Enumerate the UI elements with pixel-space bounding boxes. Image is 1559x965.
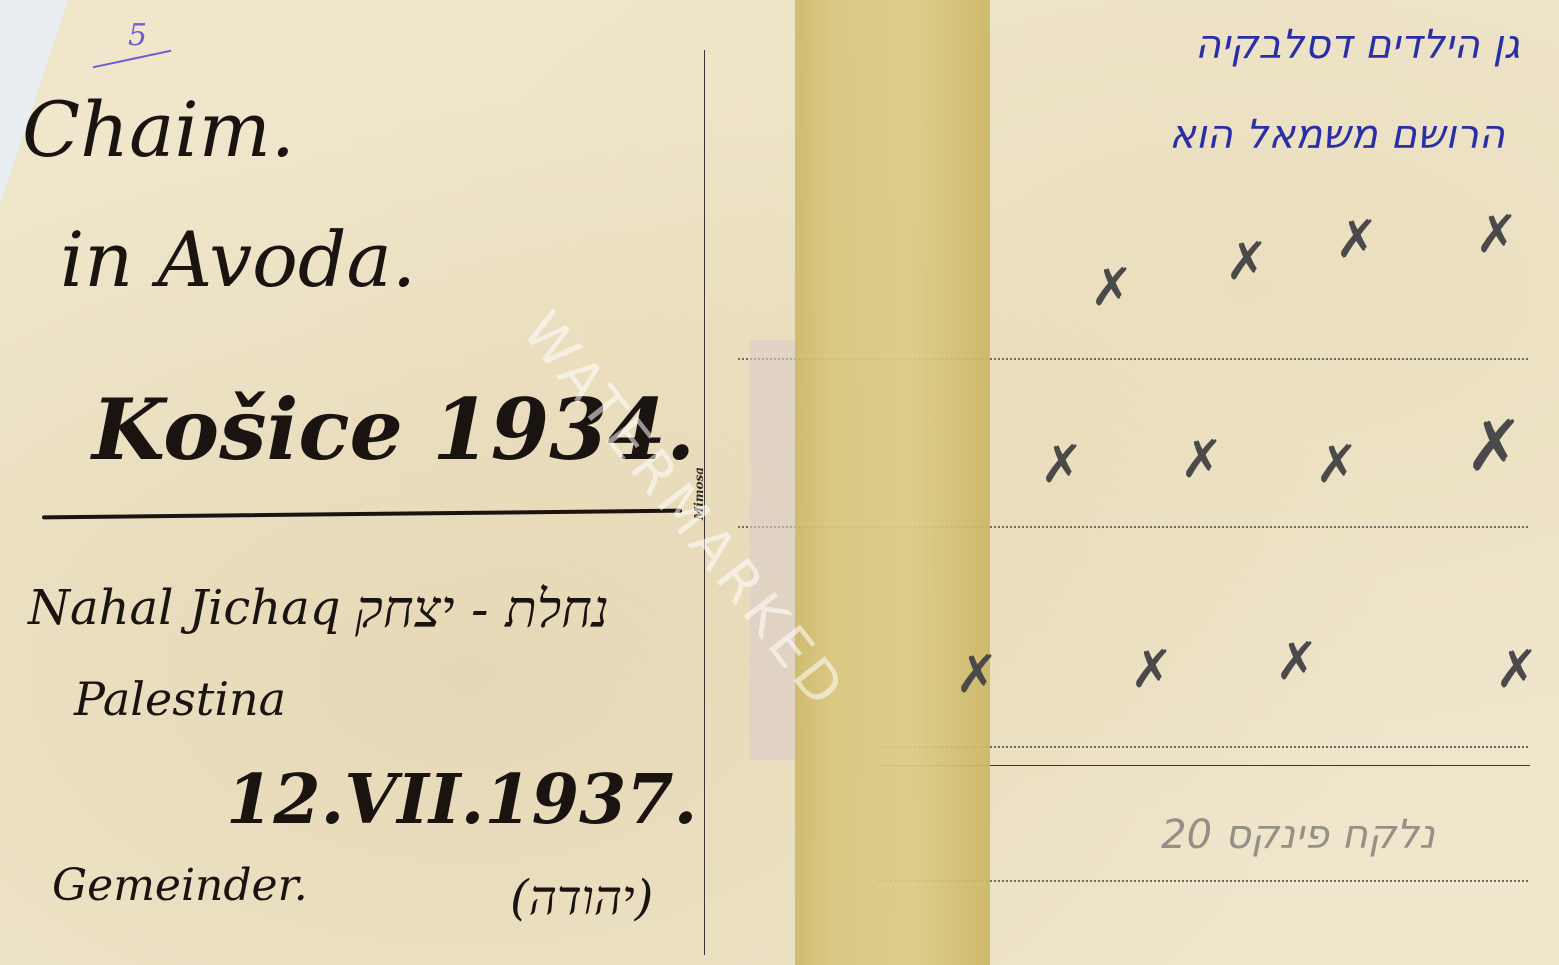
crossed-mark: ✗ [1335, 210, 1379, 270]
crossed-mark: ✗ [1275, 632, 1319, 692]
hebrew-note-line-1: גן הילדים דסלבקיה [1000, 22, 1520, 68]
crossed-mark: ✗ [1180, 430, 1224, 490]
crossed-mark: ✗ [1475, 205, 1519, 265]
text-line-name: Chaim. [22, 85, 295, 174]
date: 12.VII.1937. [226, 760, 697, 840]
tape-tear-residue [750, 340, 795, 760]
crossed-mark: ✗ [1040, 435, 1084, 495]
text-line-place-year: Košice 1934. [92, 380, 695, 479]
crossed-mark: ✗ [1495, 640, 1539, 700]
text-line-work: in Avoda. [60, 215, 416, 304]
crossed-mark: ✗ [955, 645, 999, 705]
ink-divider [42, 509, 682, 520]
crossed-mark: ✗ [1465, 405, 1524, 487]
corner-number: 5 [128, 18, 147, 53]
address-hebrew: נחלת - יצחק [355, 580, 609, 640]
crossed-mark: ✗ [1130, 640, 1174, 700]
hebrew-note-line-2: הרושם משמאל הוא [980, 112, 1505, 158]
signature-latin: Gemeinder. [52, 860, 308, 911]
crossed-mark: ✗ [1315, 435, 1359, 495]
pencil-note-bottom: נלקח פינקס 20 [835, 812, 1435, 858]
country: Palestina [74, 672, 286, 726]
crossed-mark: ✗ [1225, 232, 1269, 292]
signature-hebrew: (יהודה) [510, 870, 653, 926]
address-latin: Nahal Jichaq [28, 580, 341, 636]
crossed-mark: ✗ [1090, 258, 1134, 318]
postcard: 5 Chaim. in Avoda. Košice 1934. Nahal Ji… [0, 0, 1559, 965]
printed-brand-label: Mimosa [692, 467, 706, 520]
